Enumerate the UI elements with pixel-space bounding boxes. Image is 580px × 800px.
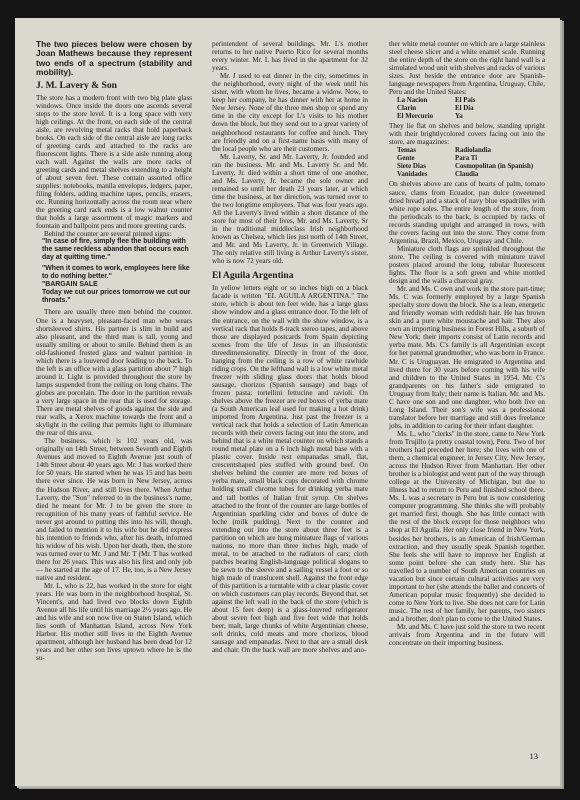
article-heading-aguila: El Aguila Argentina [212, 270, 368, 281]
magazine-name: Vanidades [397, 171, 455, 179]
sign-text: "BARGAIN SALE [42, 281, 192, 289]
magazine-list: TemasRadiolandia GentePara Ti Siete Dias… [397, 147, 533, 179]
sign-text: Today we cut our prices tomorrow we cut … [42, 289, 192, 305]
newspaper-list: La NacionEl Pais ClarinEl Dia El Mercuri… [397, 97, 475, 121]
paragraph: Miniature cloth flags are sprinkled thro… [389, 245, 545, 285]
paragraph: There are usually three men behind the c… [36, 308, 192, 437]
paragraph: The business, which is 102 years old, wa… [36, 437, 192, 582]
paragraph: Mr. L, who is 22, has worked in the stor… [36, 582, 192, 662]
editor-intro: The two pieces below were chosen by Joan… [36, 40, 192, 78]
magazine-name: Gente [397, 155, 455, 163]
column-middle: perintendent of several buildings. Mr. L… [212, 40, 368, 654]
paragraph: Behind the counter are several printed s… [36, 230, 192, 238]
column-left: The two pieces below were chosen by Joan… [36, 40, 192, 663]
newspaper-name: El Pais [455, 97, 475, 105]
article-heading-lavery: J. M. Lavery & Son [36, 80, 192, 91]
newspaper-name: Clarin [397, 105, 455, 113]
sign-text: "In case of fire, simply flee the buildi… [42, 238, 192, 262]
magazine-name: Claudia [455, 171, 533, 179]
paragraph: Mr. Laverty, Sr. and Mr. Laverty, Jr. fo… [212, 153, 368, 266]
paragraph: They lie flat on shelves and below, stan… [389, 122, 545, 146]
magazine-name: Para Ti [455, 155, 533, 163]
magazine-name: Temas [397, 147, 455, 155]
newspaper-name: La Nacion [397, 97, 455, 105]
paragraph: ther white metal counter on which are a … [389, 40, 545, 96]
paragraph: On shelves above are cans of hearts of p… [389, 180, 545, 244]
paragraph: Mr. and Ms. C have just sold the store t… [389, 623, 545, 647]
paragraph: Ms. L, who "clerks" in the store, came t… [389, 430, 545, 623]
paragraph: Mr. J used to eat dinner in the city, so… [212, 72, 368, 152]
page-number: 13 [530, 751, 539, 761]
magazine-name: Radiolandia [455, 147, 533, 155]
paragraph: perintendent of several buildings. Mr. L… [212, 40, 368, 72]
magazine-page: The two pieces below were chosen by Joan… [15, 18, 560, 786]
paragraph: Mr. and Ms. C own and work in the store … [389, 285, 545, 430]
magazine-name: Cosmopolitan (in Spanish) [455, 163, 533, 171]
sign-text: "When it comes to work, employees here l… [42, 265, 192, 281]
newspaper-name: El Mercurio [397, 113, 455, 121]
newspaper-name: El Dia [455, 105, 475, 113]
column-right: ther white metal counter on which are a … [389, 40, 545, 647]
newspaper-name: Ya [455, 113, 475, 121]
magazine-name: Siete Dias [397, 163, 455, 171]
paragraph: In yellow letters eight or so inches hig… [212, 284, 368, 654]
paragraph: The store has a modern front with two bi… [36, 94, 192, 231]
